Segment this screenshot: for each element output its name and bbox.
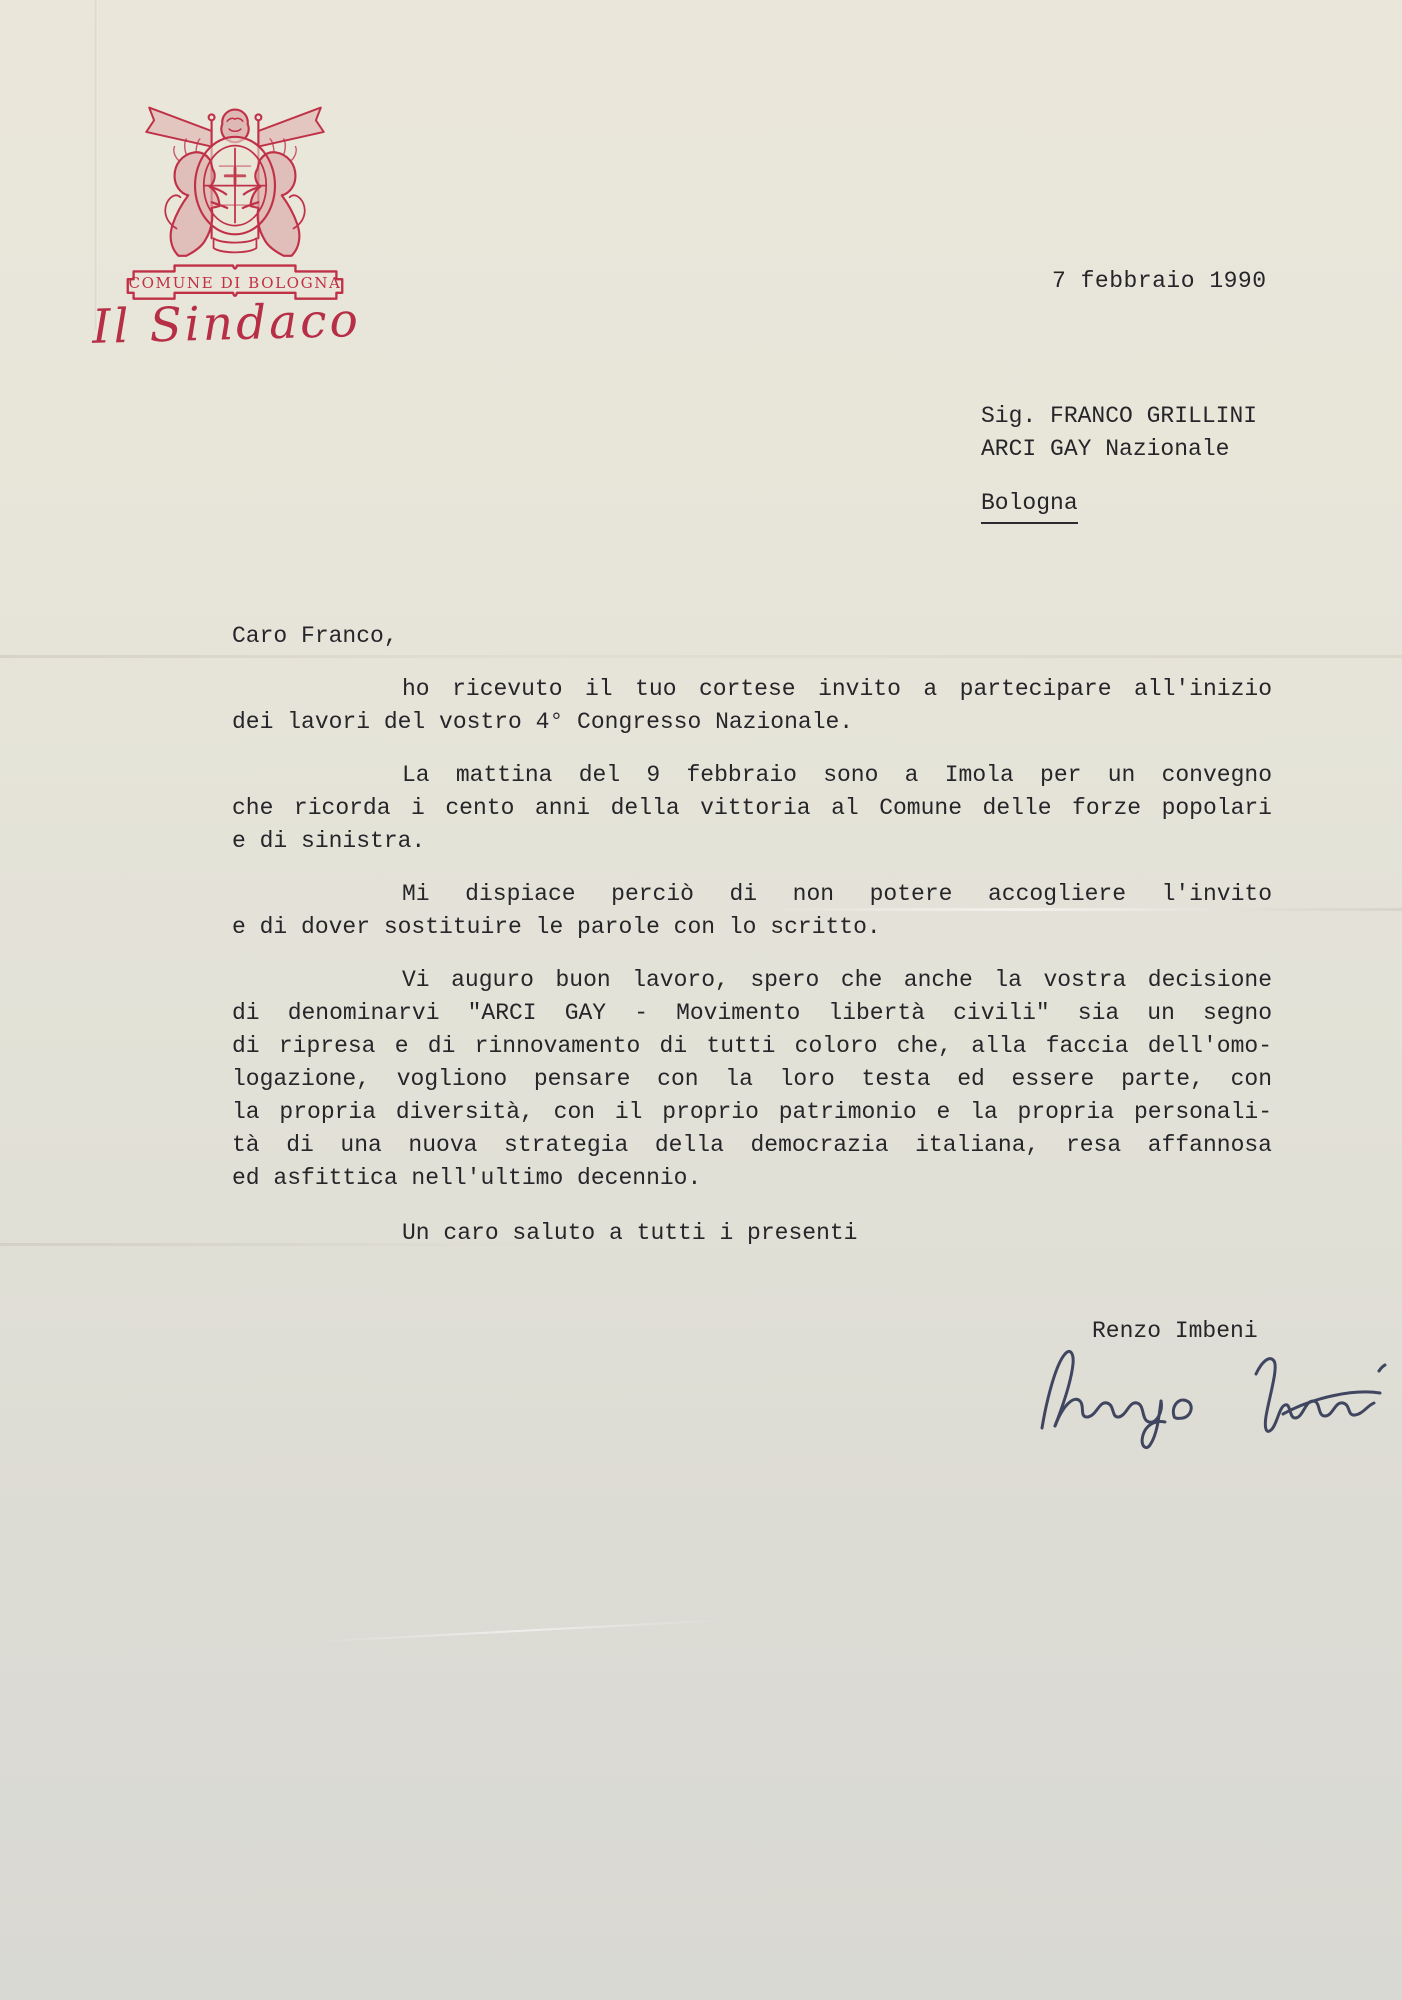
salutation-text: Caro Franco, — [232, 620, 1272, 653]
recipient-name: Sig. FRANCO GRILLINI — [981, 400, 1257, 433]
body-line: di denominarvi "ARCI GAY - Movimento lib… — [232, 997, 1272, 1030]
recipient-organization: ARCI GAY Nazionale — [981, 433, 1257, 466]
body-line: dei lavori del vostro 4° Congresso Nazio… — [232, 706, 1272, 739]
body-line: e di dover sostituire le parole con lo s… — [232, 911, 1272, 944]
body-paragraph-3: Mi dispiace perciò di non potere accogli… — [232, 878, 1272, 944]
body-line: che ricorda i cento anni della vittoria … — [232, 792, 1272, 825]
letter-body: Caro Franco, ho ricevuto il tuo cortese … — [232, 620, 1272, 1250]
body-line: e di sinistra. — [232, 825, 1272, 858]
body-line: logazione, vogliono pensare con la loro … — [232, 1063, 1272, 1096]
body-paragraph-4: Vi auguro buon lavoro, spero che anche l… — [232, 964, 1272, 1195]
body-line: Vi auguro buon lavoro, spero che anche l… — [232, 964, 1272, 997]
closing-line: Un caro saluto a tutti i presenti — [232, 1217, 1272, 1250]
body-line: la propria diversità, con il proprio pat… — [232, 1096, 1272, 1129]
salutation: Caro Franco, — [232, 620, 1272, 653]
body-line: ho ricevuto il tuo cortese invito a part… — [232, 673, 1272, 706]
letterhead-org-name: COMUNE DI BOLOGNA — [128, 274, 341, 292]
body-line: La mattina del 9 febbraio sono a Imola p… — [232, 759, 1272, 792]
paper-fold-crease — [94, 0, 98, 330]
handwritten-signature — [1022, 1338, 1394, 1456]
letter-page: COMUNE DI BOLOGNA Il Sindaco 7 febbraio … — [0, 0, 1402, 2000]
body-line: ed asfittica nell'ultimo decennio. — [232, 1162, 1272, 1195]
body-line: tà di una nuova strategia della democraz… — [232, 1129, 1272, 1162]
body-line: Mi dispiace perciò di non potere accogli… — [232, 878, 1272, 911]
comune-di-bologna-coat-of-arms-icon: COMUNE DI BOLOGNA — [118, 92, 352, 303]
body-line: di ripresa e di rinnovamento di tutti co… — [232, 1030, 1272, 1063]
paper-fold-crease — [309, 1619, 729, 1643]
letterhead-role-title: Il Sindaco — [91, 292, 392, 355]
recipient-city: Bologna — [981, 487, 1078, 524]
body-paragraph-2: La mattina del 9 febbraio sono a Imola p… — [232, 759, 1272, 858]
letter-date: 7 febbraio 1990 — [1052, 268, 1267, 294]
body-paragraph-1: ho ricevuto il tuo cortese invito a part… — [232, 673, 1272, 739]
recipient-address-block: Sig. FRANCO GRILLINI ARCI GAY Nazionale … — [981, 400, 1257, 524]
